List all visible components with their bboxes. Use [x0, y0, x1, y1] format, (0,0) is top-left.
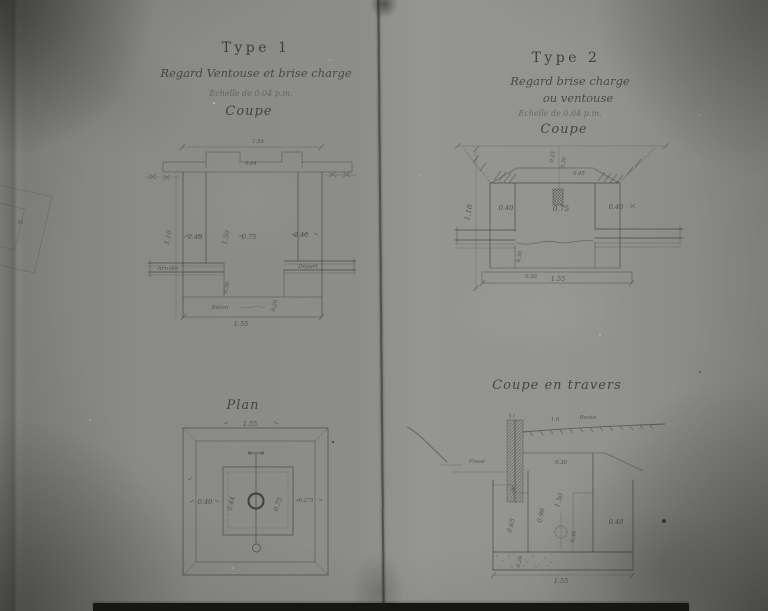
- dim-label: 0.275: [299, 498, 314, 504]
- retaining-wall-hatch: [515, 420, 523, 502]
- dim-label: 1.55: [243, 420, 257, 428]
- plan-title: Plan: [225, 398, 259, 413]
- dim-label: 1.10: [162, 230, 173, 246]
- dim-label: 1.55: [234, 320, 248, 328]
- dark-speck: [699, 371, 701, 373]
- dim-label: 0.64: [245, 161, 257, 167]
- dim-label: 0.75: [553, 204, 570, 213]
- dim-label: 0.44: [225, 496, 236, 512]
- right-scale-note: Echelle de 0.04 p.m.: [517, 109, 601, 118]
- dust-specks: [89, 59, 701, 591]
- right-coupe-drawing: 1.10 0.25 0.30 0.45 0.40 0.75 0.40 0.30: [455, 143, 683, 291]
- dim-label: 0.40: [294, 231, 308, 239]
- dim-label: 0.30: [555, 460, 567, 466]
- dim-label: 0.40: [198, 498, 212, 506]
- coupe-en-travers-drawing: Coupe en travers 1.0 Route Fossé 0.30 0.…: [440, 378, 665, 585]
- dim-label: 1.50: [553, 492, 565, 508]
- outlet-label: Départ: [297, 263, 318, 270]
- partial-drawing-left-edge: [0, 175, 52, 273]
- dim-label: 0.40: [499, 204, 513, 212]
- dark-speck: [662, 519, 666, 523]
- archival-drawing-photo: Type 1 Regard Ventouse et brise charge E…: [0, 0, 768, 611]
- dim-label: 0.40: [609, 518, 623, 526]
- dim-label: 0.30: [223, 281, 231, 294]
- dim-label: 1.10: [462, 203, 474, 221]
- dim-label: 1.50: [220, 230, 231, 246]
- ditch-label: Fossé: [468, 458, 486, 465]
- retaining-wall-hatch: [507, 420, 515, 502]
- dim-label: 1.54: [252, 139, 264, 145]
- left-scale-note: Echelle de 0.04 p.m.: [208, 89, 292, 98]
- left-plan-drawing: Plan 1.55 0.40 0.44 0.75 0.275: [183, 398, 328, 575]
- dim-label: 0.30: [525, 274, 537, 280]
- left-section-title: Coupe: [225, 104, 272, 119]
- dim-label: 0.20: [271, 299, 279, 312]
- right-title-block: Type 2 Regard brise charge ou ventouse E…: [509, 50, 630, 137]
- technical-drawing-canvas: Type 1 Regard Ventouse et brise charge E…: [0, 0, 768, 611]
- dim-label: 0.90: [535, 508, 546, 524]
- dim-label: 0.25: [549, 151, 557, 163]
- left-type-label: Type 1: [222, 40, 291, 56]
- left-subtitle: Regard Ventouse et brise charge: [159, 66, 352, 80]
- brise-charge-block: [553, 189, 563, 205]
- material-label: Béton: [211, 304, 229, 311]
- dim-label: 0.20: [516, 555, 524, 568]
- right-subtitle-1: Regard brise charge: [509, 74, 630, 88]
- right-section-title: Coupe: [540, 122, 587, 137]
- dim-label: 0.40: [609, 203, 623, 211]
- dim-label: 0.75: [272, 496, 284, 512]
- right-subtitle-2: ou ventouse: [543, 91, 614, 105]
- left-coupe-drawing: 1.54 0.64 1.10 0.40 1.50 0.75 0.40 Arriv…: [145, 139, 356, 328]
- dim-label: 0.30: [560, 156, 568, 169]
- dim-label: 0.40: [188, 233, 202, 241]
- dim-label: 0.45: [573, 171, 585, 177]
- travers-title: Coupe en travers: [492, 378, 622, 393]
- dark-speck: [332, 441, 334, 443]
- dim-label: 1.55: [551, 275, 565, 283]
- dim-label: 0.30: [516, 250, 524, 263]
- dim-label: 0.75: [242, 233, 256, 241]
- stray-marks: [0, 59, 701, 591]
- road-dim-label: 1.0: [551, 417, 560, 423]
- dim-label: 0.30: [570, 530, 578, 543]
- dim-label: 1.55: [554, 577, 568, 585]
- road-label: Route: [579, 415, 597, 421]
- right-type-label: Type 2: [532, 50, 601, 66]
- dim-label: 0.65: [505, 518, 516, 534]
- left-title-block: Type 1 Regard Ventouse et brise charge E…: [159, 40, 352, 119]
- photo-bottom-edge-strip: [93, 603, 689, 611]
